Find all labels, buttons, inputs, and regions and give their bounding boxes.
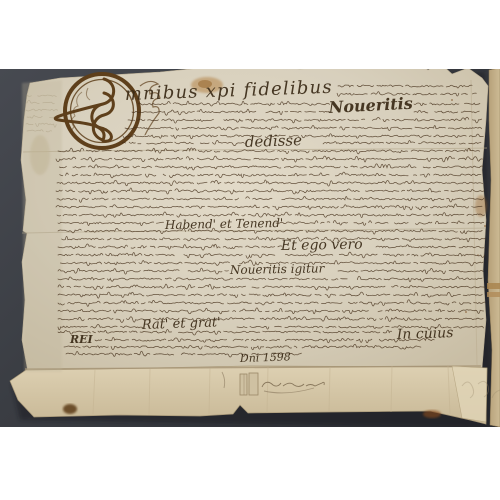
word-in-cuius: In cuius bbox=[396, 325, 454, 343]
word-noueritis-igitur: Noueritis igitur bbox=[229, 261, 326, 277]
stain-left-margin bbox=[30, 135, 50, 175]
deed-photograph: mnibus xpi fidelibus Noueritis dedisse H… bbox=[0, 69, 500, 427]
seal-tag-slits bbox=[240, 373, 258, 395]
sliver-tie-band bbox=[487, 283, 500, 289]
word-habend-et-tenend: Habend' et Tenend' bbox=[164, 216, 284, 232]
word-rei: REI bbox=[69, 333, 94, 346]
date-1598: Dni 1598 bbox=[239, 350, 291, 365]
plica-stain bbox=[423, 410, 441, 418]
page: mnibus xpi fidelibus Noueritis dedisse H… bbox=[0, 0, 500, 500]
word-rat-et-grat: Rat' et grat' bbox=[141, 315, 221, 333]
word-dedisse: dedisse bbox=[245, 131, 303, 151]
deed-artwork: mnibus xpi fidelibus Noueritis dedisse H… bbox=[0, 69, 500, 427]
plica-blot bbox=[63, 404, 77, 414]
word-et-ego-vero: Et ego vero bbox=[280, 237, 363, 254]
sliver-tie-band bbox=[487, 292, 500, 297]
